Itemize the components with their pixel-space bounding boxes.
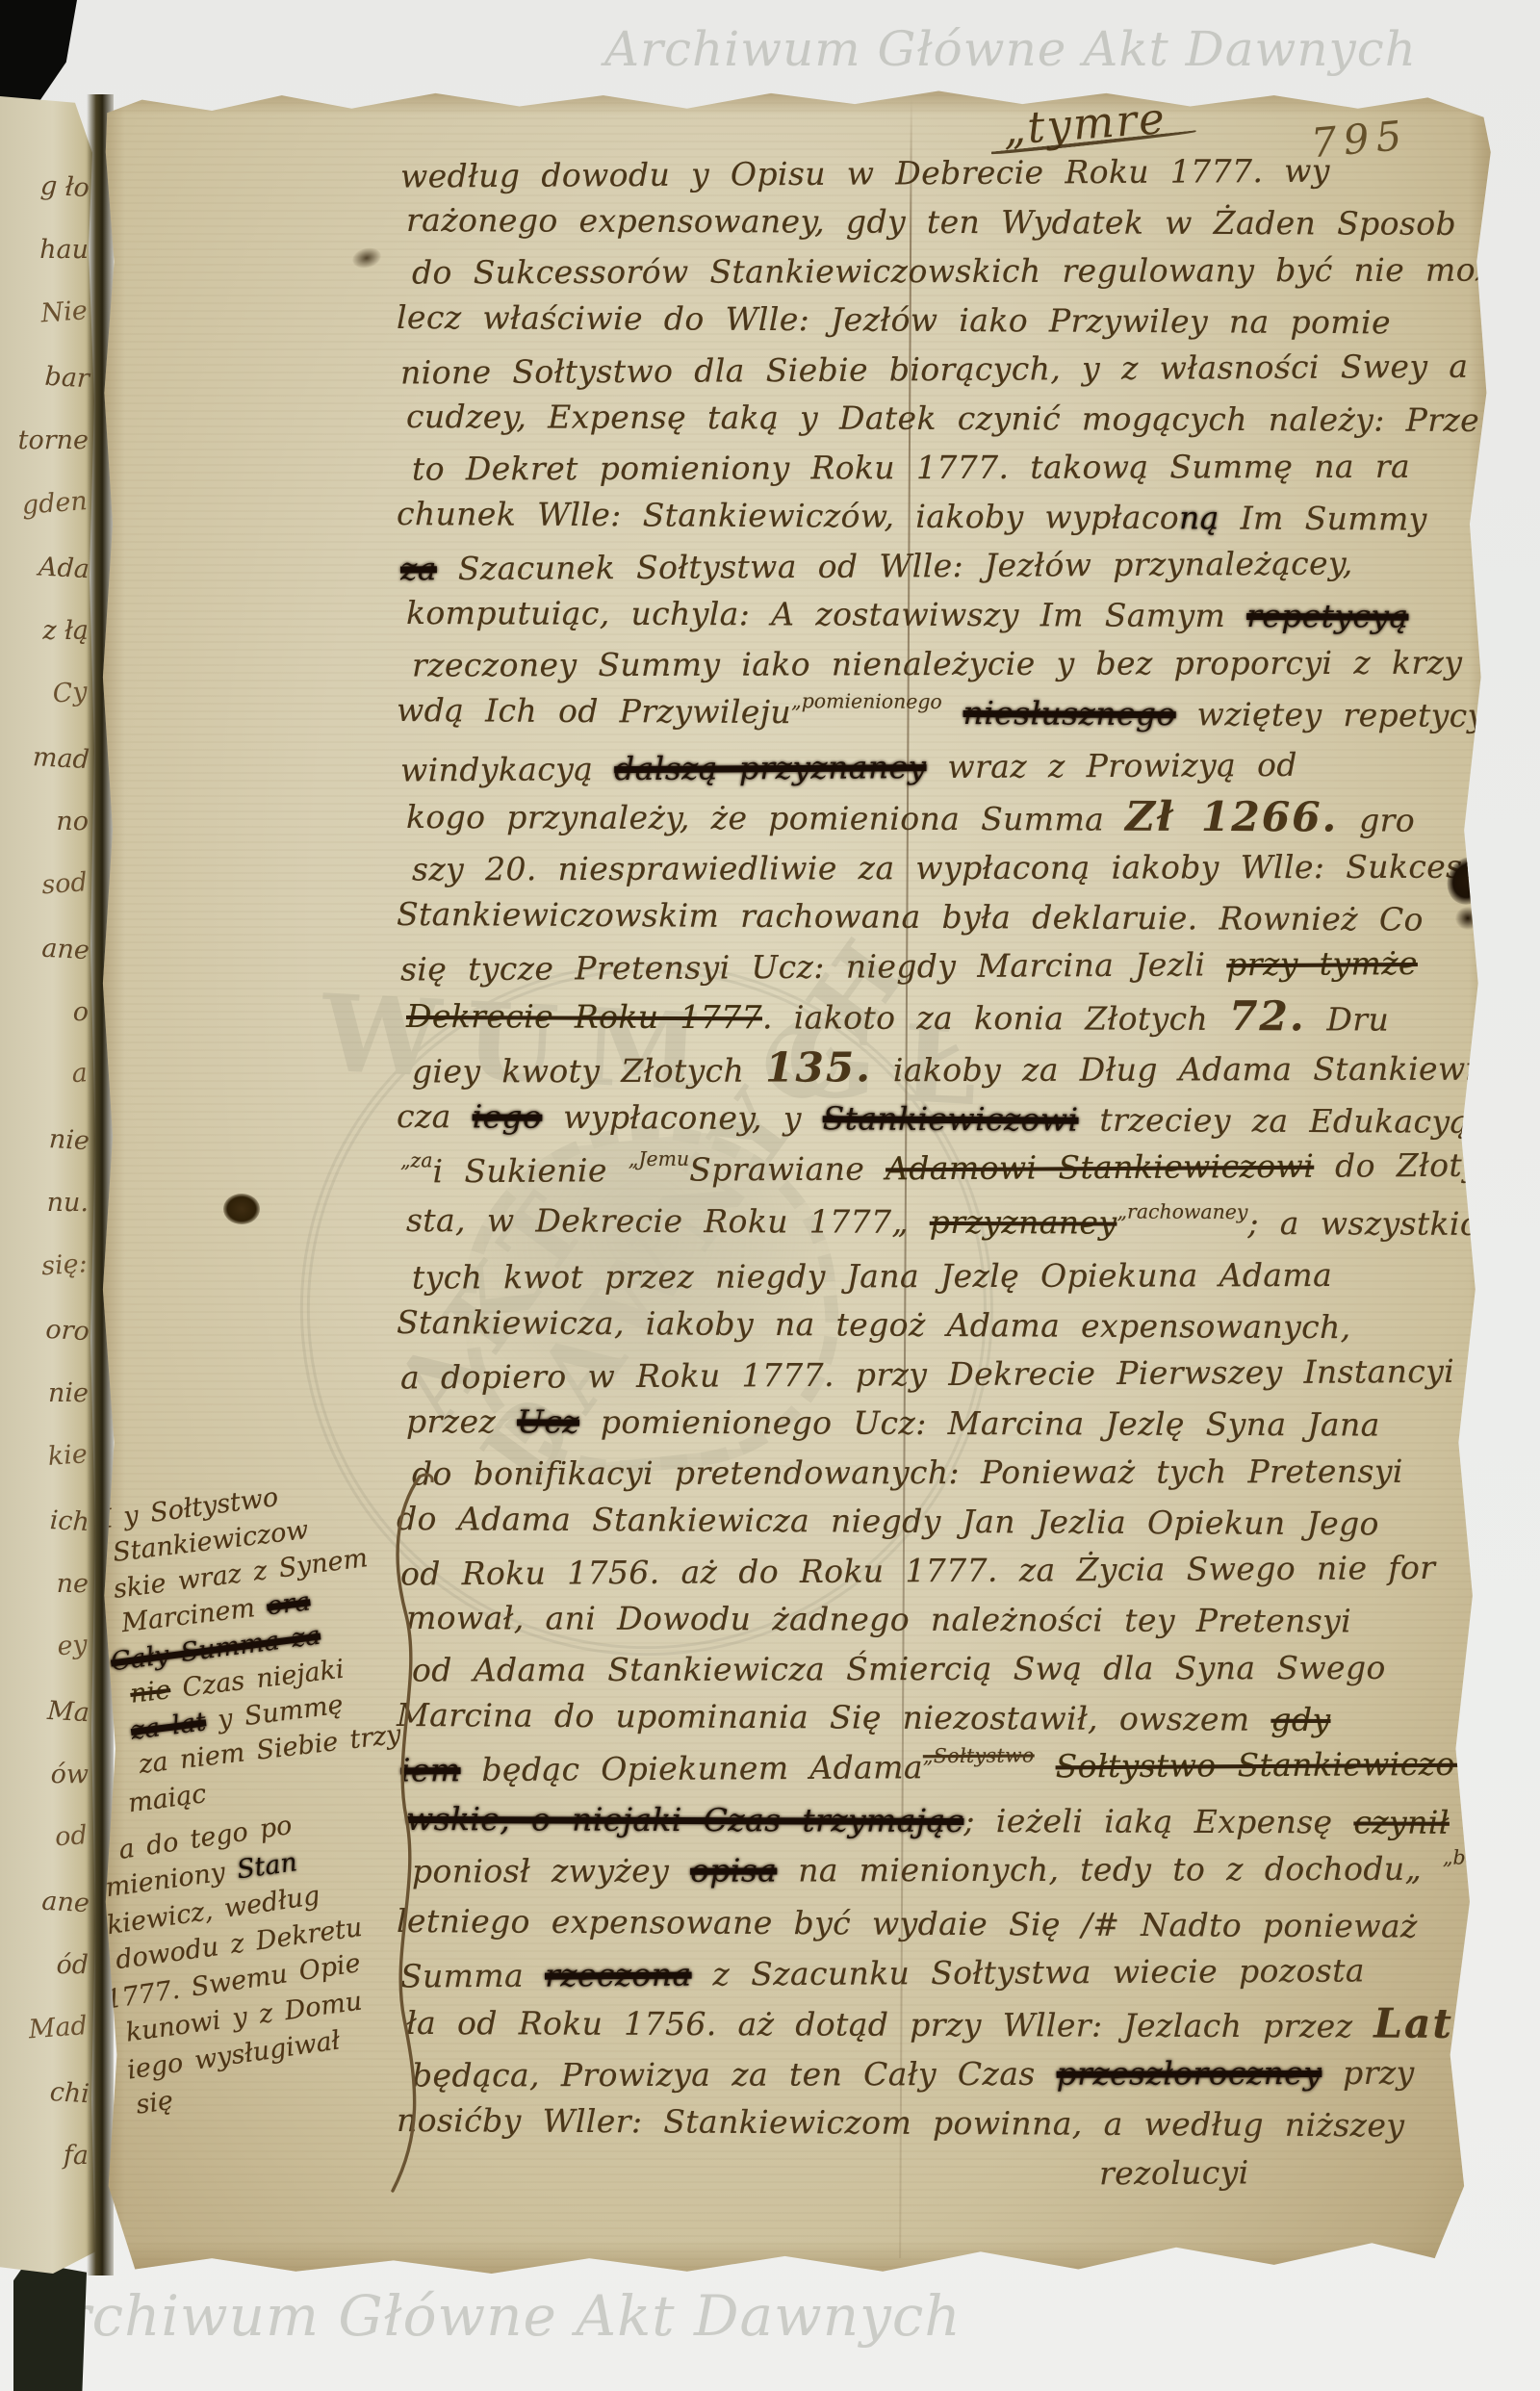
manuscript-line: giey kwoty Złotych 135. iakoby za Dług A…	[412, 1041, 1507, 1096]
text-fragment: hau	[0, 235, 96, 298]
handwritten-text: Sprawiane	[689, 1149, 885, 1188]
handwritten-text: do Złoty	[1314, 1146, 1480, 1185]
text-fragment: z łą	[0, 616, 96, 680]
crossed-or-inserted-text: „Jemu	[629, 1146, 690, 1170]
manuscript-line: do bonifikacyi pretendowanych: Ponieważ …	[412, 1447, 1507, 1499]
text-fragment: ne	[0, 1569, 96, 1633]
handwritten-text: Szacunek Sołtystwa od Wlle: Jezłów przyn…	[437, 544, 1353, 587]
manuscript-line: tych kwot przez niegdy Jana Jezlę Opieku…	[412, 1250, 1507, 1302]
handwritten-text	[942, 694, 963, 732]
crossed-or-inserted-text: przyznaney	[930, 1203, 1117, 1242]
text-fragment: gden	[0, 486, 98, 556]
text-fragment: o	[0, 997, 96, 1061]
handwritten-text: nosićby Wller: Stankiewiczom powinna, a …	[397, 2101, 1405, 2144]
manuscript-line: Marcina do upominania Się niezostawił, o…	[397, 1690, 1507, 1745]
crossed-or-inserted-text: przy tymże	[1226, 944, 1418, 983]
handwritten-text: do Sukcessorów Stankiewiczowskich regulo…	[412, 250, 1512, 291]
scan-background: { "watermark": { "text": "Archiwum Główn…	[0, 0, 1540, 2391]
main-text-block: według dowodu y Opisu w Debrecie Roku 17…	[400, 148, 1507, 2197]
crossed-or-inserted-text: za	[400, 550, 437, 587]
manuscript-line: „zai Sukienie „JemuSprawiane Adamowi Sta…	[400, 1140, 1507, 1200]
crossed-or-inserted-text: „bardziey	[1443, 1845, 1539, 1868]
crossed-or-inserted-text: Zł 1266.	[1125, 792, 1338, 841]
handwritten-text: się tycze Pretensyi Ucz: niegdy Marcina …	[400, 945, 1227, 988]
handwritten-text: z Szacunku Sołtystwa wiecie pozosta	[691, 1951, 1365, 1992]
crossed-or-inserted-text: dalszą przyznaney	[614, 748, 927, 787]
crossed-or-inserted-text: iego	[473, 1097, 543, 1135]
handwritten-text: rezolucyi	[1099, 2153, 1249, 2192]
crossed-or-inserted-text: 72.	[1229, 991, 1306, 1040]
text-fragment: chi	[0, 2074, 98, 2143]
handwritten-text: ła od Roku 1756. aż dotąd przy Wller: Je…	[406, 2004, 1373, 2045]
handwritten-text	[1035, 1747, 1056, 1785]
text-fragment: Ada	[0, 550, 98, 618]
handwritten-text: i Sukienie	[432, 1151, 628, 1190]
crossed-or-inserted-text: rzeczona	[545, 1956, 692, 1994]
handwritten-text: od Roku 1756. aż do Roku 1777. za Życia …	[400, 1549, 1436, 1593]
handwritten-text: poniosł zwyżey	[412, 1852, 690, 1890]
manuscript-line: według dowodu y Opisu w Debrecie Roku 17…	[400, 144, 1507, 200]
manuscript-line: mował, ani Dowodu żadnego należności tey…	[406, 1593, 1507, 1646]
manuscript-line: to Dekret pomieniony Roku 1777. takową S…	[412, 442, 1507, 494]
text-fragment: nie	[0, 1121, 98, 1190]
archive-watermark-top: Archiwum Główne Akt Dawnych	[604, 21, 1417, 77]
handwritten-text: lecz właściwie do Wlle: Jezłów iako Przy…	[397, 298, 1391, 341]
crossed-or-inserted-text: czynił	[1353, 1803, 1450, 1840]
handwritten-text: ; ieżeli iaką Expensę	[963, 1802, 1353, 1840]
handwritten-text: ; a wszystkich	[1247, 1204, 1499, 1243]
crossed-or-inserted-text: nie	[129, 1675, 172, 1710]
header-annotation: „tymre	[1001, 92, 1168, 155]
handwritten-text: iakoby za Dług Adama Stankiewi	[872, 1050, 1476, 1090]
manuscript-line: od Adama Stankiewicza Śmiercią Swą dla S…	[412, 1643, 1507, 1695]
handwritten-text: Dru	[1306, 1000, 1390, 1038]
handwritten-text: wziętey repetycyą, y	[1176, 695, 1540, 734]
handwritten-text: wdą Ich od Przywileju	[397, 691, 791, 731]
handwritten-text: szy 20. niesprawiedliwie za wypłaconą ia…	[412, 847, 1540, 887]
handwritten-text: gro	[1338, 801, 1415, 838]
text-fragment: fa	[0, 2141, 96, 2204]
handwritten-text: to Dekret pomieniony Roku 1777. takową S…	[412, 448, 1410, 488]
handwritten-text: Marcina do upominania Się niezostawił, o…	[397, 1696, 1271, 1738]
manuscript-line: letniego expensowane być wydaie Się /# N…	[397, 1896, 1507, 1951]
text-fragment: ey	[0, 1630, 98, 1700]
text-fragment: g ło	[0, 168, 98, 237]
text-fragment: nie	[0, 1378, 96, 1442]
handwritten-text: rażonego expensowaney, gdy ten Wydatek w…	[406, 201, 1456, 243]
text-fragment: ód	[0, 1950, 96, 2014]
previous-page-text-fragments: g łohauNiebartornegdenAdaz łąCymadnosoda…	[0, 96, 96, 2204]
text-fragment: nu.	[0, 1188, 96, 1251]
manuscript-line: za Szacunek Sołtystwa od Wlle: Jezłów pr…	[400, 537, 1507, 593]
handwritten-text: Stankiewicza, iakoby na tegoż Adama expe…	[397, 1303, 1351, 1346]
manuscript-line: wskie, o niejaki Czas trzymając; ieżeli …	[406, 1794, 1507, 1847]
handwritten-text: giey kwoty Złotych	[412, 1052, 765, 1091]
text-fragment: się:	[0, 1248, 98, 1319]
handwritten-text: wraz z Prowizyą od	[926, 746, 1297, 785]
handwritten-text: sta, w Dekrecie Roku 1777„	[406, 1201, 930, 1241]
manuscript-line: szy 20. niesprawiedliwie za wypłaconą ia…	[412, 842, 1507, 894]
handwritten-text: od Adama Stankiewicza Śmiercią Swą dla S…	[412, 1649, 1386, 1689]
crossed-or-inserted-text: repetycyą	[1246, 597, 1408, 635]
manuscript-line: cudzey, Expensę taką y Datek czynić mogą…	[406, 392, 1507, 445]
crossed-or-inserted-text: 135.	[765, 1042, 872, 1091]
handwritten-text: rzeczoney Summy iako nienależycie y bez …	[412, 644, 1462, 684]
handwritten-text: się	[134, 2086, 174, 2121]
handwritten-text: maiąc	[126, 1779, 208, 1818]
handwritten-text: do bonifikacyi pretendowanych: Ponieważ …	[412, 1453, 1403, 1493]
crossed-or-inserted-text: „pomienionego	[791, 689, 942, 713]
handwritten-text: komputuiąc, uchyla: A zostawiwszy Im Sam…	[406, 594, 1246, 634]
handwritten-text: windykacyą	[400, 750, 614, 788]
handwritten-text: Stankiewiczowskim rachowana była deklaru…	[397, 895, 1424, 938]
scan-dark-corner-bottom-left	[13, 2256, 87, 2391]
text-fragment: Cy	[0, 677, 98, 747]
text-fragment: Ma	[0, 1693, 98, 1761]
manuscript-line: a dopiero w Roku 1777. przy Dekrecie Pie…	[400, 1346, 1507, 1401]
crossed-or-inserted-text: ora	[265, 1586, 312, 1621]
manuscript-line: przez Ucz pomienionego Ucz: Marcina Jezl…	[406, 1397, 1507, 1450]
text-fragment: ich	[0, 1503, 98, 1571]
handwritten-text: nione Sołtystwo dla Siebie biorących, y …	[400, 347, 1540, 391]
handwritten-text: a dopiero w Roku 1777. przy Dekrecie Pie…	[400, 1352, 1454, 1397]
crossed-or-inserted-text: opisa	[690, 1851, 777, 1889]
manuscript-line: rażonego expensowaney, gdy ten Wydatek w…	[406, 195, 1507, 248]
handwritten-text: tych kwot przez niegdy Jana Jezlę Opieku…	[412, 1256, 1332, 1297]
text-fragment: kie	[0, 1439, 98, 1509]
handwritten-text: . iakoto za konia Złotych	[762, 998, 1229, 1038]
manuscript-line: poniosł zwyżey opisa na mienionych, tedy…	[412, 1844, 1507, 1901]
manuscript-line: od Roku 1756. aż do Roku 1777. za Życia …	[400, 1542, 1507, 1598]
text-fragment: sod	[0, 867, 98, 938]
manuscript-line: nosićby Wller: Stankiewiczom powinna, a …	[397, 2095, 1507, 2150]
crossed-or-inserted-text: „rachowaney	[1116, 1199, 1247, 1222]
crossed-or-inserted-text: wskie, o niejaki Czas trzymając	[406, 1800, 964, 1839]
margin-note-1: X y SołtystwoStankiewiczowskie wraz z Sy…	[91, 1469, 407, 1821]
manuscript-line: komputuiąc, uchyla: A zostawiwszy Im Sam…	[406, 588, 1507, 641]
text-fragment: Nie	[0, 296, 98, 366]
handwritten-text: według dowodu y Opisu w Debrecie Roku 17…	[400, 152, 1330, 195]
ink-smudge	[350, 244, 383, 270]
manuscript-line: Dekrecie Roku 1777. iakoto za konia Złot…	[406, 989, 1507, 1044]
manuscript-line: Summa rzeczona z Szacunku Sołtystwa wiec…	[400, 1944, 1507, 2000]
manuscript-line: się tycze Pretensyi Ucz: niegdy Marcina …	[400, 938, 1507, 993]
handwritten-text: trzeciey za Edukacyą Szkolną	[1078, 1101, 1540, 1142]
crossed-or-inserted-text: Sołtystwo Stankiewiczow	[1056, 1745, 1483, 1786]
manuscript-line: kogo przynależy, że pomieniona Summa Zł …	[406, 789, 1507, 845]
manuscript-line: nione Sołtystwo dla Siebie biorących, y …	[400, 341, 1507, 397]
handwritten-text: na mienionych, tedy to z dochodu„	[777, 1850, 1443, 1890]
handwritten-text: cudzey, Expensę taką y Datek czynić mogą…	[406, 398, 1479, 439]
text-fragment: mad	[0, 740, 98, 809]
manuscript-line: sta, w Dekrecie Roku 1777„ przyznaney„ra…	[406, 1195, 1507, 1253]
handwritten-text: będąc Opiekunem Adama	[460, 1748, 923, 1788]
crossed-or-inserted-text: „Sołtystwo	[923, 1743, 1035, 1767]
handwritten-text: do Adama Stankiewicza niegdy Jan Jezlia …	[397, 1500, 1379, 1542]
previous-page-edge: g łohauNiebartornegdenAdaz łąCymadnosoda…	[0, 96, 96, 2274]
manuscript-line: rzeczoney Summy iako nienależycie y bez …	[412, 638, 1507, 690]
text-fragment: ane	[0, 931, 98, 999]
handwritten-text: będąca, Prowizya za ten Cały Czas	[412, 2055, 1057, 2095]
text-fragment: torne	[0, 425, 96, 489]
crossed-or-inserted-text: Ucz	[517, 1402, 579, 1440]
manuscript-line: lecz właściwie do Wlle: Jezłów iako Przy…	[397, 293, 1507, 347]
ink-blot	[1455, 907, 1480, 930]
crossed-or-inserted-text: niesłusznego	[963, 694, 1176, 733]
crossed-or-inserted-text: przeszłoroczney	[1057, 2054, 1322, 2093]
crossed-or-inserted-text: Adamowi Stankiewiczowi	[885, 1147, 1314, 1188]
handwritten-text: przez	[406, 1402, 517, 1440]
crossed-or-inserted-text: gdy	[1270, 1701, 1330, 1738]
manuscript-line: cza iego wypłaconey, y Stankiewiczowi tr…	[397, 1092, 1507, 1146]
text-fragment: ane	[0, 1884, 98, 1952]
handwritten-text: kogo przynależy, że pomieniona Summa	[406, 798, 1125, 838]
crossed-or-inserted-text: Lat 30.	[1373, 1999, 1540, 2048]
archive-watermark-bottom: Archiwum Główne Akt Dawnych	[23, 2283, 962, 2349]
crossed-or-inserted-text: Dekrecie Roku 1777	[406, 997, 762, 1036]
text-fragment: od	[0, 1820, 98, 1890]
handwritten-text: chunek Wlle: Stankiewiczów, iakoby wypła…	[397, 495, 1179, 536]
ink-blot	[223, 1194, 260, 1224]
crossed-or-inserted-text: „za	[400, 1148, 433, 1171]
handwritten-text: mował, ani Dowodu żadnego należności tey…	[406, 1599, 1351, 1639]
text-fragment: Mad	[0, 2011, 98, 2081]
manuscript-line: Stankiewiczowskim rachowana była deklaru…	[397, 889, 1507, 944]
manuscript-line: będąca, Prowizya za ten Cały Czas przesz…	[412, 2048, 1507, 2100]
manuscript-line: rezolucyi	[1099, 2147, 1507, 2198]
manuscript-line: do Sukcessorów Stankiewiczowskich regulo…	[412, 245, 1507, 297]
margin-brace	[377, 1471, 435, 2202]
manuscript-line: do Adama Stankiewicza niegdy Jan Jezlia …	[397, 1494, 1507, 1549]
handwritten-text: wypłaconey, y	[542, 1098, 823, 1138]
manuscript-line: Stankiewicza, iakoby na tegoż Adama expe…	[397, 1298, 1507, 1352]
manuscript-line: ła od Roku 1756. aż dotąd przy Wller: Je…	[406, 1995, 1507, 2051]
handwritten-text: letniego expensowane być wydaie Się /# N…	[397, 1902, 1418, 1945]
handwritten-text: przy	[1322, 2054, 1415, 2092]
handwritten-text: Im Summy	[1219, 499, 1427, 537]
manuscript-line: chunek Wlle: Stankiewiczów, iakoby wypła…	[397, 489, 1507, 544]
text-fragment: a	[0, 1058, 98, 1128]
handwritten-text: cza	[397, 1097, 473, 1135]
manuscript-line: iem będąc Opiekunem Adama„Sołtystwo Sołt…	[400, 1738, 1507, 1799]
manuscript-line: wdą Ich od Przywileju„pomienionego niesł…	[397, 685, 1507, 745]
handwritten-text: pomienionego Ucz: Marcina Jezlę Syna Jan…	[579, 1403, 1380, 1444]
text-fragment: no	[0, 807, 96, 870]
manuscript-line: windykacyą dalszą przyznaney wraz z Prow…	[400, 738, 1507, 794]
text-fragment: ów	[0, 1760, 96, 1823]
margin-note-2: # a do tego pomieniony Stankiewicz, wedł…	[83, 1800, 385, 2126]
crossed-or-inserted-text: Stan	[235, 1847, 298, 1885]
text-fragment: bar	[0, 359, 98, 427]
crossed-or-inserted-text: ną	[1179, 499, 1219, 536]
crossed-or-inserted-text: Stankiewiczowi	[823, 1099, 1079, 1138]
text-fragment: oro	[0, 1312, 98, 1380]
manuscript-page: WUM GŁ AKT DAWNYCH „tymre 795 według dow…	[100, 87, 1498, 2274]
